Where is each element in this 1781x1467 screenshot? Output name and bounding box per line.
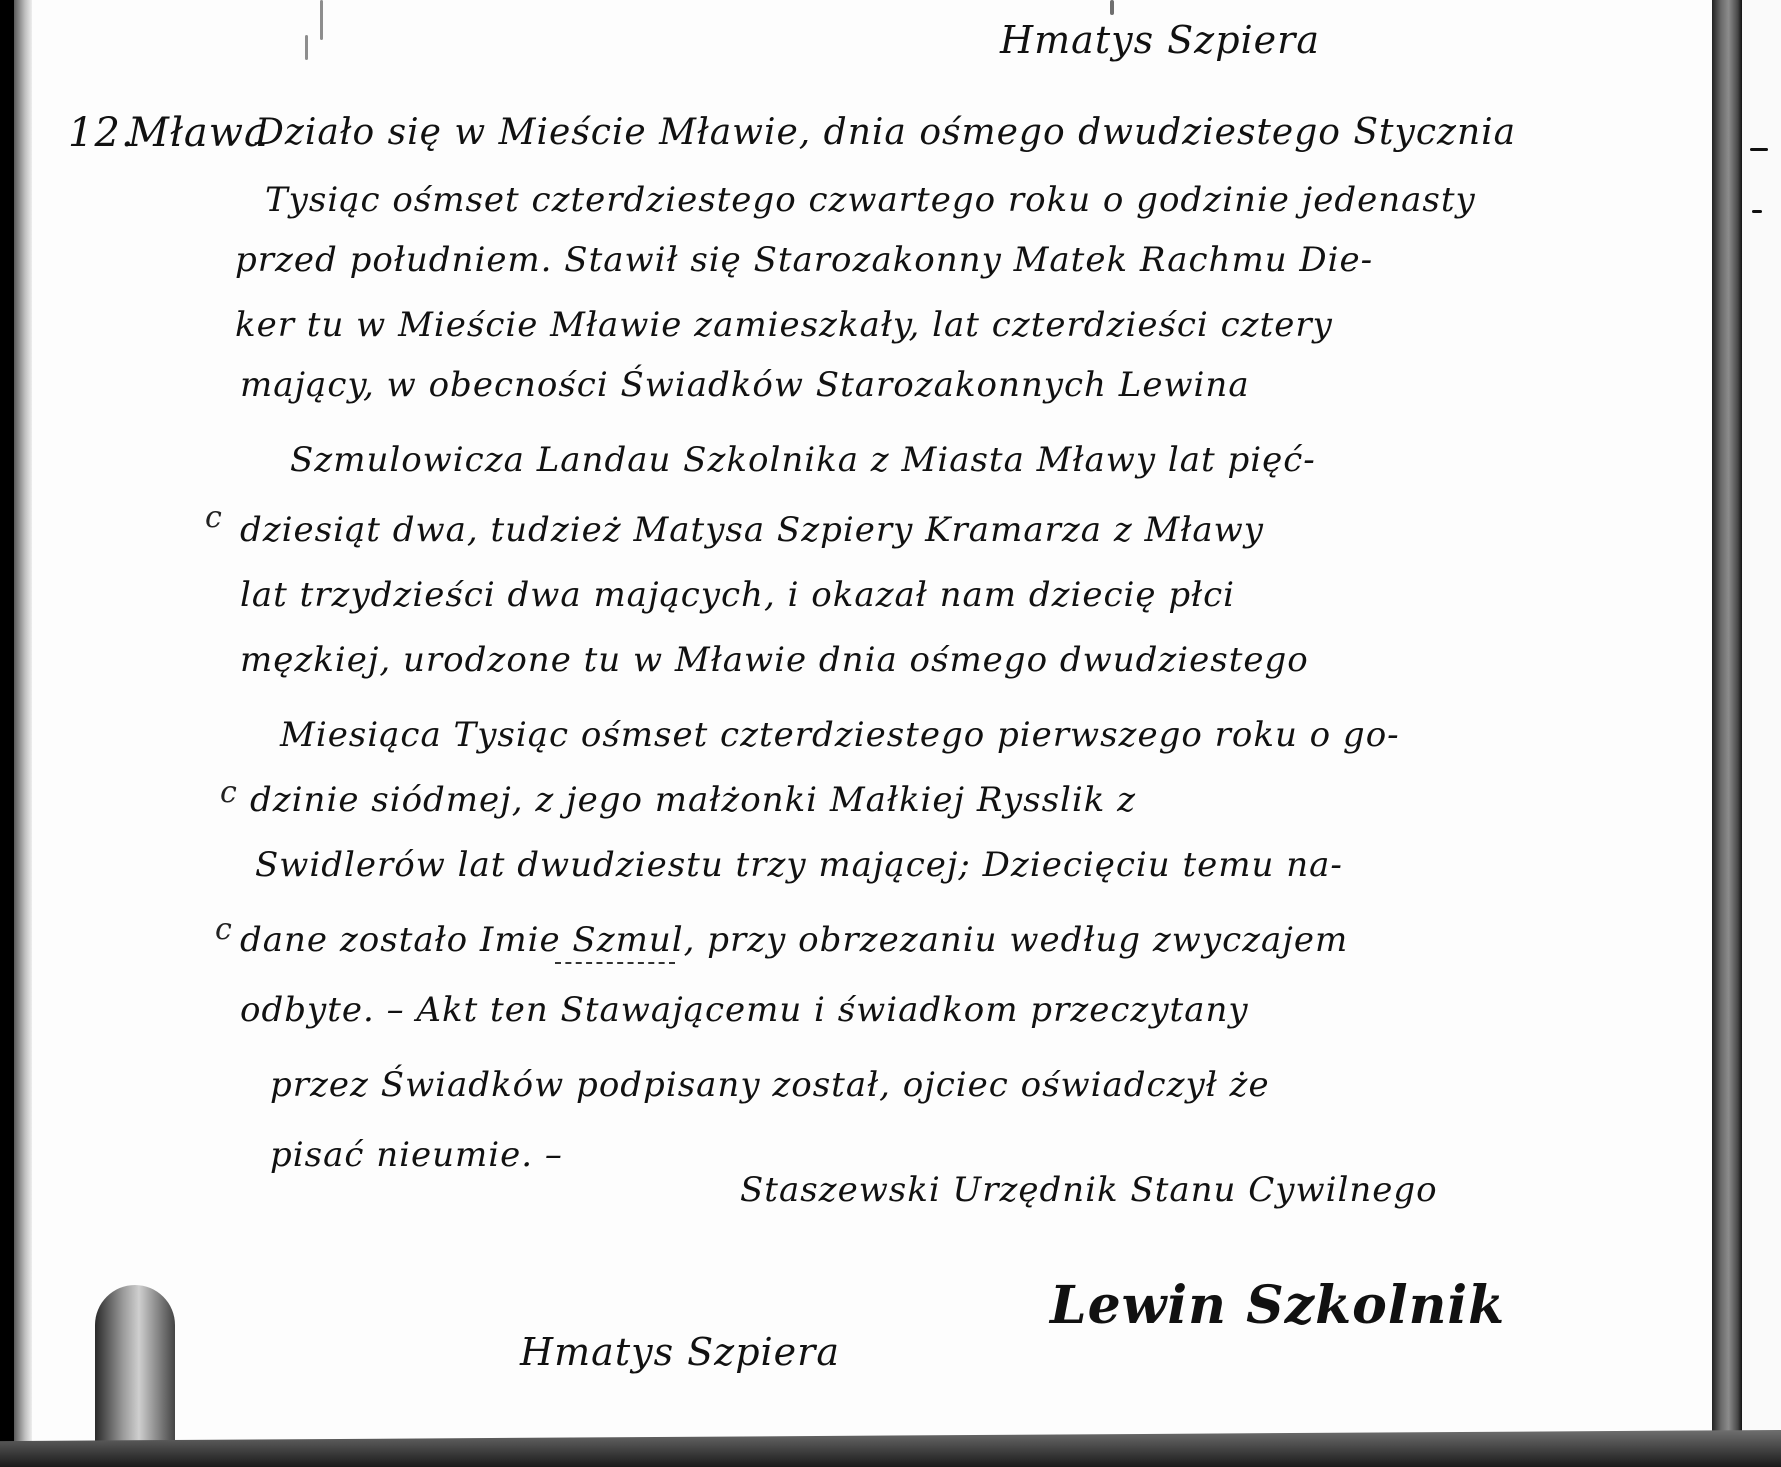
margin-mark: c xyxy=(215,912,232,947)
text-line-15: przez Świadków podpisany został, ojciec … xyxy=(270,1065,1270,1105)
text-line-6: Szmulowicza Landau Szkolnika z Miasta Mł… xyxy=(290,440,1316,480)
scan-left-border xyxy=(0,0,14,1467)
text-line-10: Miesiąca Tysiąc ośmset czterdziestego pi… xyxy=(280,715,1400,755)
adjacent-ink-mark xyxy=(1752,210,1762,213)
text-line-3: przed południem. Stawił się Starozakonny… xyxy=(235,240,1373,280)
adjacent-ink-mark xyxy=(1750,148,1768,151)
margin-mark: c xyxy=(220,775,237,810)
text-line-8: lat trzydzieści dwa mających, i okazał n… xyxy=(240,575,1235,615)
text-line-14: odbyte. – Akt ten Stawającemu i świadkom… xyxy=(240,990,1249,1030)
stray-mark xyxy=(320,0,323,40)
stray-mark xyxy=(1110,0,1114,15)
entry-number: 12. xyxy=(68,110,135,156)
entry-place: Mława xyxy=(128,110,269,156)
margin-mark: c xyxy=(205,500,222,535)
text-line-13: dane zostało Imie Szmul, przy obrzezaniu… xyxy=(240,920,1348,960)
stray-mark xyxy=(305,35,308,60)
thumb-holding-page xyxy=(95,1285,175,1467)
scan-bottom-shadow xyxy=(0,1430,1781,1467)
text-line-7: dziesiąt dwa, tudzież Matysa Szpiery Kra… xyxy=(240,510,1264,550)
text-line-1: Działo się w Mieście Mławie, dnia ośmego… xyxy=(255,112,1516,153)
adjacent-page-edge xyxy=(1742,0,1781,1467)
witness-signature-1: Hmatys Szpiera xyxy=(520,1330,840,1374)
text-line-5: mający, w obecności Świadków Starozakonn… xyxy=(240,365,1250,405)
document-page: Hmatys Szpiera 12. Mława Działo się w Mi… xyxy=(0,0,1781,1467)
text-line-12: Swidlerów lat dwudziestu trzy mającej; D… xyxy=(255,845,1343,885)
text-line-11: dzinie siódmej, z jego małżonki Małkiej … xyxy=(250,780,1136,820)
text-line-16: pisać nieumie. – xyxy=(270,1135,563,1175)
text-line-4: ker tu w Mieście Mławie zamieszkały, lat… xyxy=(235,305,1333,345)
header-annotation: Hmatys Szpiera xyxy=(1000,18,1320,62)
text-line-2: Tysiąc ośmset czterdziestego czwartego r… xyxy=(265,180,1476,220)
book-binding-gutter xyxy=(1712,0,1742,1467)
witness-signature-2: Lewin Szkolnik xyxy=(1050,1275,1505,1336)
officer-signature: Staszewski Urzędnik Stanu Cywilnego xyxy=(740,1170,1438,1210)
scan-left-shadow xyxy=(14,0,32,1467)
name-underline xyxy=(555,962,675,964)
text-line-9: męzkiej, urodzone tu w Mławie dnia ośmeg… xyxy=(240,640,1309,680)
